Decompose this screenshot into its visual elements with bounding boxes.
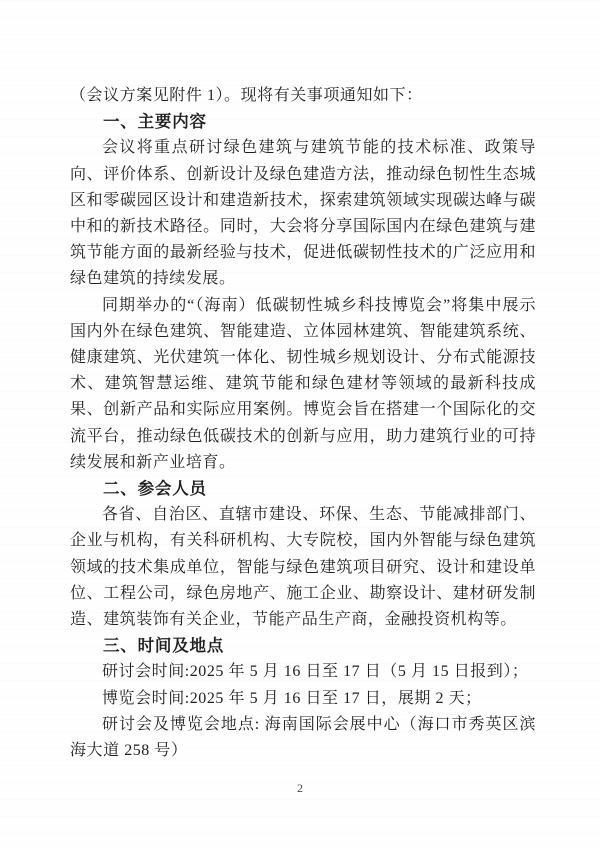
paragraph: 研讨会时间:2025 年 5 月 16 日至 17 日（5 月 15 日报到）； bbox=[70, 659, 536, 685]
paragraph: （会议方案见附件 1）。现将有关事项通知如下： bbox=[70, 83, 536, 109]
paragraph: 博览会时间:2025 年 5 月 16 日至 17 日，展期 2 天； bbox=[70, 686, 536, 712]
section-heading: 二、参会人员 bbox=[70, 476, 536, 502]
page-number: 2 bbox=[0, 781, 600, 796]
section-heading: 三、时间及地点 bbox=[70, 633, 536, 659]
document-body: （会议方案见附件 1）。现将有关事项通知如下：一、主要内容会议将重点研讨绿色建筑… bbox=[70, 83, 536, 764]
section-heading: 一、主要内容 bbox=[70, 109, 536, 135]
paragraph: 会议将重点研讨绿色建筑与建筑节能的技术标准、政策导向、评价体系、创新设计及绿色建… bbox=[70, 135, 536, 292]
paragraph: 研讨会及博览会地点: 海南国际会展中心（海口市秀英区滨海大道 258 号） bbox=[70, 712, 536, 764]
paragraph: 同期举办的“（海南）低碳韧性城乡科技博览会”将集中展示国内外在绿色建筑、智能建造… bbox=[70, 293, 536, 476]
document-page: （会议方案见附件 1）。现将有关事项通知如下：一、主要内容会议将重点研讨绿色建筑… bbox=[0, 0, 600, 848]
paragraph: 各省、自治区、直辖市建设、环保、生态、节能减排部门、企业与机构，有关科研机构、大… bbox=[70, 502, 536, 633]
